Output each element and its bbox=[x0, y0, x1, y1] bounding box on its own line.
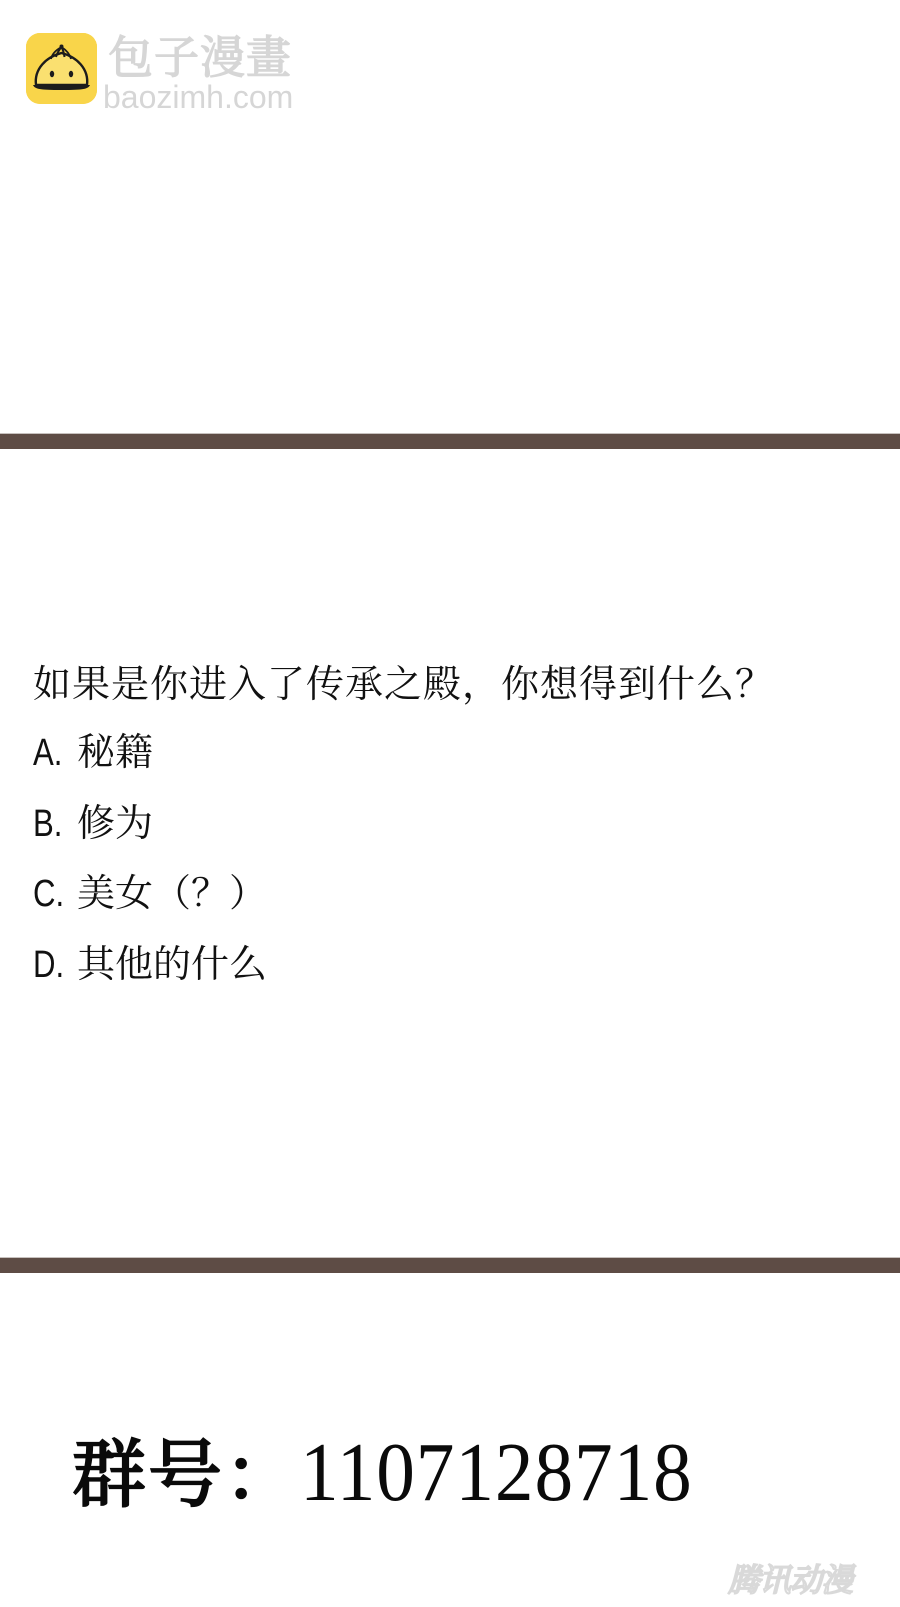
option-text: 美女（？） bbox=[77, 871, 267, 915]
option-d: D.其他的什么 bbox=[33, 940, 267, 989]
option-letter: C. bbox=[33, 870, 69, 918]
option-text: 秘籍 bbox=[77, 730, 153, 774]
option-letter: A. bbox=[33, 729, 69, 777]
option-text: 修为 bbox=[77, 801, 153, 845]
question-prompt: 如果是你进入了传承之殿，你想得到什么？ bbox=[33, 660, 774, 708]
site-domain-watermark: baozimh.com bbox=[103, 80, 293, 114]
steamed-bun-icon bbox=[26, 33, 97, 104]
option-letter: D. bbox=[33, 941, 69, 989]
tencent-comic-watermark: 腾讯动漫 bbox=[728, 1560, 852, 1600]
baozi-logo-icon bbox=[26, 33, 97, 104]
option-text: 其他的什么 bbox=[77, 942, 267, 986]
option-b: B.修为 bbox=[33, 799, 153, 848]
group-number: 1107128718 bbox=[300, 1428, 693, 1518]
option-c: C.美女（？） bbox=[33, 869, 267, 918]
option-letter: B. bbox=[33, 800, 69, 848]
site-title-watermark: 包子漫畫 bbox=[108, 32, 292, 84]
option-a: A.秘籍 bbox=[33, 728, 153, 777]
panel-divider-top bbox=[0, 434, 900, 449]
panel-divider-bottom bbox=[0, 1258, 900, 1273]
group-number-line: 群号：1107128718 bbox=[72, 1428, 727, 1520]
group-label: 群号： bbox=[72, 1432, 300, 1518]
